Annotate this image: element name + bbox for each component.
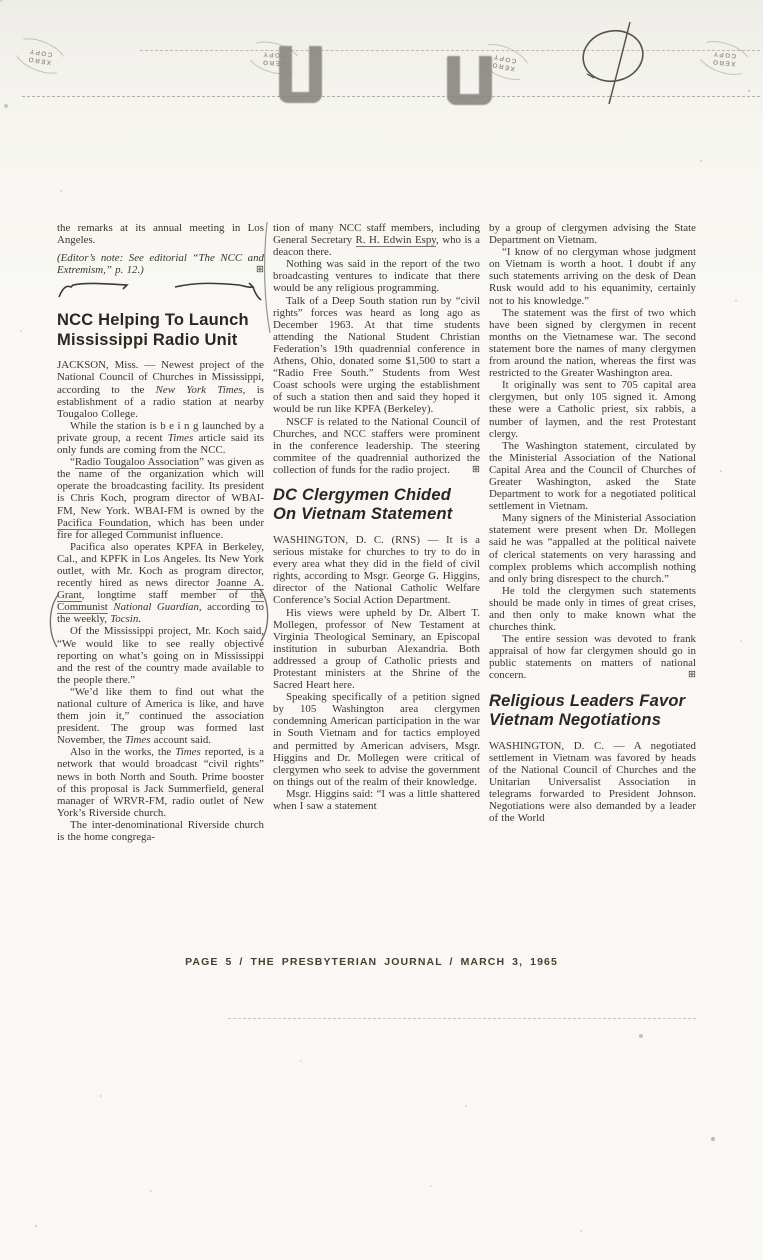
page-footer: PAGE 5 / THE PRESBYTERIAN JOURNAL / MARC… [40,956,703,968]
underlined-text: R. H. Edwin Espy [356,234,437,247]
text-run: . [138,613,141,625]
text-run: by a group of clergymen advising the Sta… [489,222,696,246]
article-paragraph: Of the Mississippi project, Mr. Koch sai… [57,625,264,685]
article-paragraph: Msgr. Higgins said: “I was a little shat… [273,788,480,812]
text-run: WASHINGTON, D. C. (RNS) — It is a seriou… [273,534,480,606]
article-headline: DC Clergymen ChidedOn Vietnam Statement [273,486,480,525]
article-paragraph: WASHINGTON, D. C. (RNS) — It is a seriou… [273,534,480,607]
text-run: The inter-denominational Riverside churc… [57,819,264,843]
article-paragraph: the remarks at its annual meeting in Los… [57,222,264,246]
text-run: Msgr. Higgins said: “I was a little shat… [273,788,480,812]
article-paragraph: by a group of clergymen advising the Sta… [489,222,696,246]
binder-shadow-mark [447,56,492,105]
text-run: It originally was sent to 705 capital ar… [489,379,696,439]
text-run: Nothing was said in the report of the tw… [273,258,480,294]
text-run: The Washington statement, circulated by … [489,440,696,512]
article-paragraph: The inter-denominational Riverside churc… [57,819,264,843]
text-run: Of the Mississippi project, Mr. Koch sai… [57,625,264,685]
text-run: The entire session was devoted to frank … [489,633,696,681]
stamp-text: COPY [18,45,63,60]
underlined-text: Pacifica Foundation [57,517,148,530]
text-run: Also in the works, the [70,746,175,758]
italic-text: Tocsin [110,613,138,625]
text-run: He told the clergymen such statements sh… [489,585,696,633]
article-paragraph: Talk of a Deep South station run by “civ… [273,295,480,416]
italic-text: National Guardian [113,601,199,613]
text-run: “I know of no clergyman whose judgment o… [489,246,696,306]
italic-text: Times [175,746,200,758]
italic-text: New York Times [156,384,243,396]
end-of-article-mark: ⊞ [256,264,264,276]
column-3: by a group of clergymen advising the Sta… [489,222,696,958]
italic-text: Times [125,734,150,746]
xerox-copy-stamp: XERO COPY [17,45,63,68]
article-paragraph: He told the clergymen such statements sh… [489,585,696,633]
column-1: the remarks at its annual meeting in Los… [57,222,264,958]
stamp-text: XERO [17,53,62,68]
editors-note: (Editor’s note: See editorial “The NCC a… [57,252,264,276]
article-paragraph: Also in the works, the Times reported, i… [57,746,264,819]
xerox-copy-stamp: XERO COPY [701,48,746,68]
text-run: Talk of a Deep South station run by “civ… [273,295,480,416]
pen-flourish-marks [57,281,264,301]
photocopy-speckles [0,0,2,2]
article-paragraph: While the station is b e i n g launched … [57,420,264,456]
text-run: account said. [150,734,211,746]
italic-text: Times [168,432,193,444]
article-headline: NCC Helping To LaunchMississippi Radio U… [57,311,264,350]
article-paragraph: tion of many NCC staff members, includin… [273,222,480,258]
article-paragraph: It originally was sent to 705 capital ar… [489,379,696,439]
scan-line [140,50,760,51]
scan-line [228,1018,696,1019]
stamp-text: XERO [701,56,746,68]
article-paragraph: Pacifica also operates KPFA in Berkeley,… [57,541,264,626]
scanned-journal-page: { "end_mark": "⊞", "artifacts": { "stamp… [0,0,763,1260]
italic-text: (Editor’s note: See editorial “The NCC a… [57,252,264,276]
article-paragraph: WASHINGTON, D. C. — A negotiated settlem… [489,740,696,825]
article-paragraph: NSCF is related to the National Council … [273,416,480,476]
article-paragraph: “Radio Tougaloo Association” was given a… [57,456,264,541]
article-paragraph: Speaking specifically of a petition sign… [273,691,480,788]
text-run: Many signers of the Ministerial Associat… [489,512,696,584]
text-run: the remarks at its annual meeting in Los… [57,222,264,246]
article-paragraph: His views were upheld by Dr. Albert T. M… [273,607,480,692]
column-2: tion of many NCC staff members, includin… [273,222,480,958]
end-of-article-mark: ⊞ [459,464,480,476]
binder-shadow-mark [279,46,322,103]
text-run: WASHINGTON, D. C. — A negotiated settlem… [489,740,696,825]
article-paragraph: JACKSON, Miss. — Newest project of the N… [57,359,264,419]
article-paragraph: Nothing was said in the report of the tw… [273,258,480,294]
text-run: The statement was the first of two which… [489,307,696,379]
text-run: His views were upheld by Dr. Albert T. M… [273,607,480,692]
text-run: , longtime staff member of [82,589,251,601]
article-paragraph: Many signers of the Ministerial Associat… [489,512,696,585]
text-run: Speaking specifically of a petition sign… [273,691,480,788]
text-run: NSCF is related to the National Council … [273,416,480,476]
article-paragraph: “We’d like them to find out what the nat… [57,686,264,746]
underlined-text: Radio Tougaloo Association [75,456,199,469]
article-paragraph: The statement was the first of two which… [489,307,696,380]
article-paragraph: The Washington statement, circulated by … [489,440,696,513]
pen-circle-mark [575,16,657,108]
article-headline: Religious Leaders FavorVietnam Negotiati… [489,692,696,731]
stamp-text: COPY [702,48,747,60]
article-paragraph: “I know of no clergyman whose judgment o… [489,246,696,306]
article-paragraph: The entire session was devoted to frank … [489,633,696,681]
end-of-article-mark: ⊞ [675,669,696,681]
